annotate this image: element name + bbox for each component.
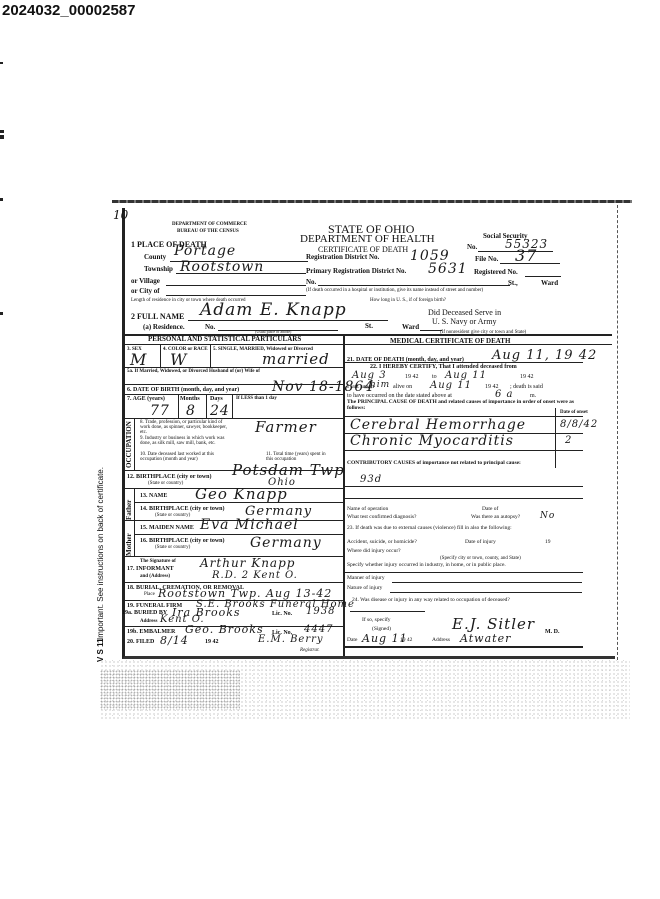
cause-2: Chronic Myocarditis — [350, 434, 514, 448]
address-label: Address — [432, 638, 450, 644]
date-of-label: Date of — [482, 507, 498, 513]
divider — [232, 394, 233, 418]
sex-value: M — [130, 352, 147, 368]
county-label: County — [144, 254, 166, 261]
scan-speck — [0, 198, 3, 201]
scan-speck — [0, 130, 4, 133]
operation-label: Name of operation — [347, 507, 388, 513]
registrar-label: Registrar. — [300, 648, 320, 653]
signed-value: E.J. Sitler — [452, 617, 535, 632]
rule — [350, 611, 425, 612]
dob-label: 6. DATE OF BIRTH (month, day, and year) — [127, 387, 239, 393]
mother-birthplace-value: Germany — [250, 536, 322, 550]
industry-label: 9. Industry or business in which work wa… — [140, 436, 230, 446]
contributory-label: CONTRIBUTORY CAUSES of importance not re… — [347, 461, 521, 467]
foreign-birth-label: How long in U. S., if of foreign birth? — [370, 298, 446, 303]
city-label: or City of — [131, 288, 160, 295]
residence-label: (a) Residence. — [143, 324, 185, 331]
full-name-value: Adam E. Knapp — [200, 302, 347, 319]
rule — [122, 367, 343, 368]
less-label: If LESS than 1 day — [236, 396, 277, 401]
specify-place-label: (Specify city or town, county, and State… — [440, 556, 521, 561]
burial-place-label: Place — [144, 592, 155, 597]
scan-noise-dense — [100, 670, 240, 710]
divider — [178, 394, 179, 418]
specify-industry-label: Specify whether injury occurred in indus… — [347, 563, 506, 569]
county-value: Portage — [174, 244, 236, 258]
cause-1-onset: 8/8/42 — [560, 420, 598, 430]
divider — [160, 344, 161, 367]
social-security-no-label: No. — [467, 244, 477, 251]
where-label: Where did injury occur? — [347, 549, 401, 555]
age-years: 77 — [150, 404, 170, 418]
contributory-value: 93d — [360, 475, 382, 485]
burial-value: Rootstown Twp. Aug 13-42 — [158, 588, 332, 599]
rule — [176, 273, 306, 274]
autopsy-value: No — [540, 512, 555, 521]
onset-label: Date of onset — [560, 410, 588, 415]
st-label: St., — [508, 280, 518, 287]
mother-name-value: Eva Michael — [200, 518, 299, 532]
corner-mark: 10 — [113, 208, 128, 222]
rule — [166, 285, 306, 286]
file-no-label: File No. — [475, 256, 498, 263]
navy-label-1: Did Deceased Serve in — [428, 309, 501, 317]
accident-label: Accident, suicide, or homicide? — [347, 540, 417, 546]
filed-year: 19 42 — [205, 639, 219, 645]
principal-cause-label: The PRINCIPAL CAUSE OF DEATH and related… — [347, 400, 582, 411]
color-value: W — [170, 352, 187, 368]
diagnosis-label: What test confirmed diagnosis? — [347, 515, 417, 521]
registrar-value: E.M. Berry — [258, 635, 324, 645]
certificate-right-edge — [617, 205, 619, 660]
nature-label: Nature of injury — [347, 586, 382, 592]
birthplace-state-label: (State or country) — [148, 481, 183, 486]
days-label: Days — [210, 396, 223, 402]
rule — [134, 502, 343, 503]
injury-year-label: 19 — [545, 540, 551, 546]
informant-sig-label: The Signature of — [140, 559, 176, 564]
township-value: Rootstown — [180, 260, 264, 274]
registration-district-label: Registration District No. — [306, 254, 379, 261]
md-label: M. D. — [545, 629, 560, 635]
date-year: 19 42 — [400, 638, 412, 644]
rule — [343, 362, 583, 363]
filed-label: 20. FILED — [127, 639, 154, 645]
manner-label: Manner of injury — [347, 576, 385, 582]
certify-label: 22. I HEREBY CERTIFY, That I attended de… — [370, 364, 517, 370]
informant-address: R.D. 2 Kent O. — [212, 571, 298, 581]
occupation-side-label: OCCUPATION — [125, 421, 133, 468]
buried-by-address-label: Address — [140, 619, 157, 624]
birthplace-label: 12. BIRTHPLACE (city or town) — [127, 474, 212, 480]
hospital-note: (If death occurred in a hospital or inst… — [306, 288, 483, 293]
informant-label: 17. INFORMANT — [127, 566, 174, 572]
township-label: Township — [144, 266, 173, 273]
form-code: V S 11 — [96, 638, 105, 662]
age-days: 24 — [210, 404, 230, 418]
address-value: Atwater — [460, 633, 511, 644]
alive-on-value: Aug 11 — [430, 381, 472, 391]
marital-value: married — [262, 352, 330, 367]
divider — [210, 344, 211, 367]
cause-1: Cerebral Hemorrhage — [350, 418, 526, 432]
buried-by-lic-label: Lic. No. — [272, 611, 292, 617]
agency-top: DEPARTMENT OF COMMERCE — [172, 222, 247, 227]
last-saw-him: him — [370, 381, 390, 390]
rule — [525, 276, 561, 277]
if-so-label: If so, specify — [362, 618, 391, 624]
rule — [166, 295, 306, 296]
father-name-label: 13. NAME — [140, 493, 167, 499]
rule — [343, 498, 583, 499]
rule — [343, 646, 583, 648]
onset-divider — [555, 408, 556, 468]
scan-speck — [0, 312, 3, 315]
rule — [500, 263, 560, 264]
autopsy-label: Was there an autopsy? — [471, 515, 520, 521]
rule — [420, 330, 442, 331]
attended-to-year: 19 42 — [520, 374, 534, 380]
rule — [343, 572, 583, 573]
date-label: Date — [347, 638, 357, 644]
rule — [392, 582, 582, 583]
department-title: DEPARTMENT OF HEALTH — [300, 234, 435, 245]
occupation-related-label: 24. Was disease or injury in any way rel… — [352, 598, 510, 604]
scan-speck — [0, 62, 3, 64]
alive-on-label: alive on — [393, 384, 412, 390]
attended-from-year: 19 42 — [405, 374, 419, 380]
dod-value: Aug 11, 19 42 — [492, 349, 597, 362]
cause-2-onset: 2 — [565, 436, 572, 446]
informant-addr-label: and (Address) — [140, 574, 170, 579]
divider — [134, 418, 135, 470]
mother-name-label: 15. MAIDEN NAME — [140, 525, 194, 531]
age-months: 8 — [186, 404, 196, 418]
mother-birthplace-label: 16. BIRTHPLACE (city or town) — [140, 538, 225, 544]
rule — [122, 344, 612, 345]
margin-instructions: Important. See instructions on back of c… — [96, 467, 105, 640]
rule — [390, 592, 582, 593]
death-said-label: ; death is said — [510, 384, 543, 390]
rule — [318, 285, 510, 286]
rule — [343, 450, 583, 451]
mother-side-label: Mother — [125, 533, 133, 556]
rule — [188, 320, 388, 321]
registered-no-label: Registered No. — [474, 269, 518, 276]
trade-value: Farmer — [255, 420, 317, 435]
father-name-value: Geo Knapp — [195, 487, 288, 502]
filed-value: 8/14 — [160, 635, 189, 646]
last-worked-label: 10. Date deceased last worked at this oc… — [140, 452, 228, 462]
village-label: or Village — [131, 278, 160, 285]
ward-label: Ward — [541, 280, 558, 287]
primary-registration-value: 5631 — [428, 262, 468, 276]
certificate-top-border — [112, 200, 632, 203]
spouse-label: 5a. If Married, Widowed, or Divorced Hus… — [127, 369, 260, 374]
buried-by-lic: 1938 — [306, 607, 335, 617]
full-name-label: 2 FULL NAME — [131, 313, 184, 321]
no-label: No. — [306, 279, 316, 286]
rule — [122, 582, 343, 583]
scan-speck — [0, 135, 4, 139]
divider — [134, 488, 135, 556]
divider — [206, 394, 207, 418]
residence-no-label: No. — [205, 324, 215, 331]
age-label: 7. AGE (years) — [127, 396, 165, 402]
agency-sub: BUREAU OF THE CENSUS — [177, 229, 239, 234]
document-id: 2024032_00002587 — [2, 2, 135, 19]
father-birthplace-label: 14. BIRTHPLACE (city or town) — [140, 506, 225, 512]
residence-ward-label: Ward — [402, 324, 419, 331]
file-no-value: 37 — [515, 248, 537, 264]
rule — [343, 486, 583, 487]
external-label: 23. If death was due to external causes … — [347, 526, 582, 532]
father-birthplace-state-label: (State or country) — [155, 513, 190, 518]
personal-header: PERSONAL AND STATISTICAL PARTICULARS — [148, 336, 301, 343]
father-side-label: Father — [125, 500, 133, 520]
birthplace-value: Potsdam Twp — [232, 463, 345, 478]
trade-label: 8. Trade, profession, or particular kind… — [140, 420, 230, 435]
residence-st-label: St. — [365, 323, 373, 330]
navy-label-2: U. S. Navy or Army — [432, 318, 496, 326]
embalmer-value: Geo. Brooks — [185, 624, 264, 635]
informant-value: Arthur Knapp — [200, 557, 295, 569]
primary-registration-label: Primary Registration District No. — [306, 268, 406, 275]
months-label: Months — [180, 396, 200, 402]
injury-date-label: Date of injury — [465, 540, 496, 546]
mother-birthplace-state-label: (State or country) — [155, 545, 190, 550]
